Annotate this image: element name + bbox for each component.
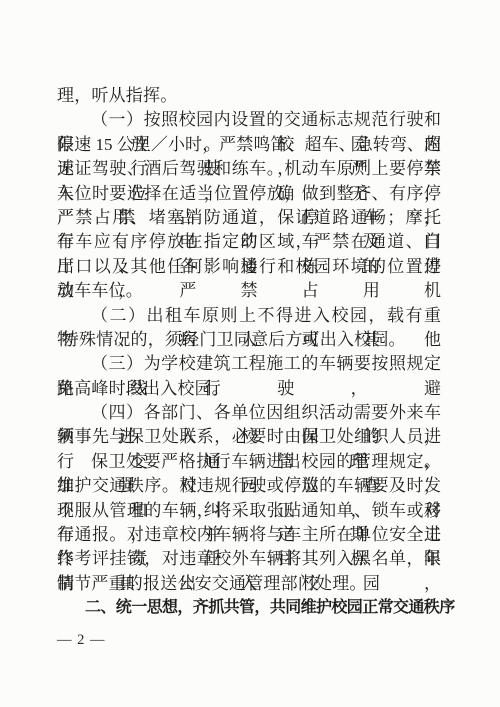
text-line: 严禁占用、堵塞消防通道，保证道路通畅；摩托车、电动车及自 <box>57 206 441 230</box>
section-heading: 二、统一思想，齐抓共管，共同维护校园正常交通秩序 <box>57 596 441 620</box>
text-line: 保卫处要严格执行车辆进出校园的管理规定，加强校园巡查， <box>57 450 441 474</box>
text-line: 限速 15 公里／小时，严禁鸣笛、超车、急转弯、超速行驶，严禁 <box>57 133 441 157</box>
text-line: （三）为学校建筑工程施工的车辆要按照规定路线行驶，避 <box>57 352 441 376</box>
text-line: 特殊情况的，须经门卫同意后方可出入校园。 <box>57 328 441 352</box>
document-page: 理，听从指挥。 （一）按照校园内设置的交通标志规范行驶和停放。校园内 限速 15… <box>0 0 500 707</box>
text-line: 维护交通秩序。对违规行驶或停放的车辆要及时发现和纠正，对 <box>57 474 441 498</box>
text-line: 行通报。对违章校内车辆将与车主所在单位安全工作责任目标年 <box>57 523 441 547</box>
text-line: 无证驾驶、酒后驾驶和练车。机动车原则上要停车入位，确无停 <box>57 157 441 181</box>
text-line: （二）出租车原则上不得进入校园，载有重物、病人或其他 <box>57 304 441 328</box>
text-line: 行车应有序停放在指定的区域，严禁在通道、门厅、各楼栋的进 <box>57 230 441 254</box>
text-line: 车位时要选择在适当位置停放，做到整齐、有序，严禁占道停车， <box>57 182 441 206</box>
text-line: （四）各部门、各单位因组织活动需要外来车辆进入校园的， <box>57 401 441 425</box>
text-line: （一）按照校园内设置的交通标志规范行驶和停放。校园内 <box>57 108 441 132</box>
document-body: 理，听从指挥。 （一）按照校园内设置的交通标志规范行驶和停放。校园内 限速 15… <box>57 84 441 621</box>
text-line: 理，听从指挥。 <box>57 84 441 108</box>
page-number: — 2 — <box>57 630 106 650</box>
text-line: 不服从管理的车辆，将采取张贴通知单、锁车或移车，并定期进 <box>57 499 441 523</box>
text-line: 出口以及其他任何影响通行和校园环境的位置停放，严禁占用机 <box>57 255 441 279</box>
text-line: 终考评挂钩，对违章校外车辆将其列入黑名单，限制其出入校园， <box>57 547 441 571</box>
text-line: 须事先与保卫处联系，必要时由保卫处组织人员进行交通管理。 <box>57 425 441 449</box>
